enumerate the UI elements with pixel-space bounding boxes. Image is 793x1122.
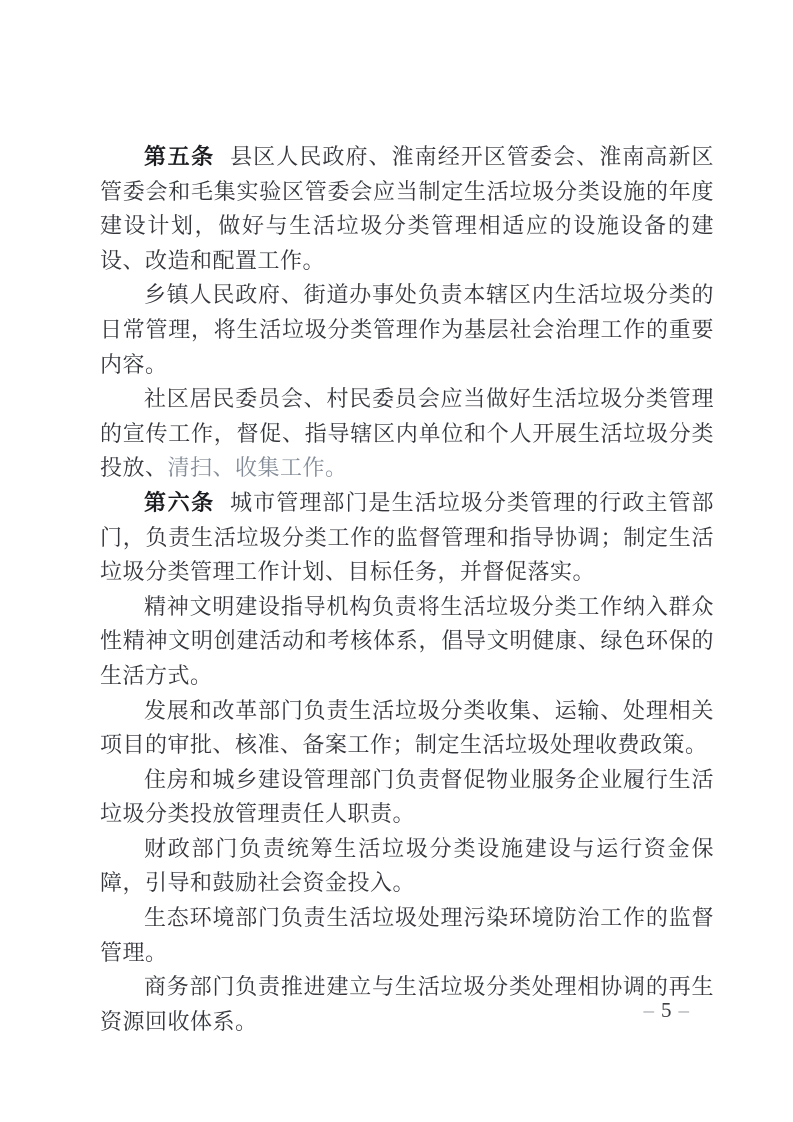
paragraph-text: 乡镇人民政府、街道办事处负责本辖区内生活垃圾分类的日常管理，将生活垃圾分类管理作… — [100, 282, 714, 376]
paragraph: 住房和城乡建设管理部门负责督促物业服务企业履行生活垃圾分类投放管理责任人职责。 — [100, 763, 714, 832]
article-label: 第五条 — [144, 144, 215, 169]
page-number-dash-right: – — [679, 998, 690, 1022]
page-number: 5 — [661, 998, 672, 1022]
paragraph-text: 财政部门负责统筹生活垃圾分类设施建设与运行资金保障，引导和鼓励社会资金投入。 — [100, 836, 714, 896]
page-footer: –5– — [637, 998, 697, 1022]
document-page: 第五条县区人民政府、淮南经开区管委会、淮南高新区管委会和毛集实验区管委会应当制定… — [0, 0, 793, 1122]
paragraph: 财政部门负责统筹生活垃圾分类设施建设与运行资金保障，引导和鼓励社会资金投入。 — [100, 832, 714, 901]
paragraph: 社区居民委员会、村民委员会应当做好生活垃圾分类管理的宣传工作，督促、指导辖区内单… — [100, 382, 714, 486]
paragraph-text: 生态环境部门负责生活垃圾处理污染环境防治工作的监督管理。 — [100, 905, 714, 965]
paragraph: 商务部门负责推进建立与生活垃圾分类处理相协调的再生资源回收体系。 — [100, 970, 714, 1039]
article-paragraph: 第五条县区人民政府、淮南经开区管委会、淮南高新区管委会和毛集实验区管委会应当制定… — [100, 140, 714, 278]
paragraph-text-faded: 清扫、收集工作。 — [168, 455, 348, 480]
paragraph-text: 发展和改革部门负责生活垃圾分类收集、运输、处理相关项目的审批、核准、备案工作；制… — [100, 698, 714, 758]
document-body: 第五条县区人民政府、淮南经开区管委会、淮南高新区管委会和毛集实验区管委会应当制定… — [100, 140, 714, 1039]
article-label: 第六条 — [144, 490, 215, 515]
paragraph: 发展和改革部门负责生活垃圾分类收集、运输、处理相关项目的审批、核准、备案工作；制… — [100, 694, 714, 763]
paragraph: 精神文明建设指导机构负责将生活垃圾分类工作纳入群众性精神文明创建活动和考核体系，… — [100, 590, 714, 694]
paragraph-text: 商务部门负责推进建立与生活垃圾分类处理相协调的再生资源回收体系。 — [100, 974, 714, 1034]
paragraph: 生态环境部门负责生活垃圾处理污染环境防治工作的监督管理。 — [100, 901, 714, 970]
paragraph: 乡镇人民政府、街道办事处负责本辖区内生活垃圾分类的日常管理，将生活垃圾分类管理作… — [100, 278, 714, 382]
paragraph-text: 精神文明建设指导机构负责将生活垃圾分类工作纳入群众性精神文明创建活动和考核体系，… — [100, 594, 714, 688]
paragraph-text: 住房和城乡建设管理部门负责督促物业服务企业履行生活垃圾分类投放管理责任人职责。 — [100, 767, 714, 827]
article-paragraph: 第六条城市管理部门是生活垃圾分类管理的行政主管部门，负责生活垃圾分类工作的监督管… — [100, 486, 714, 590]
page-number-dash-left: – — [644, 998, 655, 1022]
